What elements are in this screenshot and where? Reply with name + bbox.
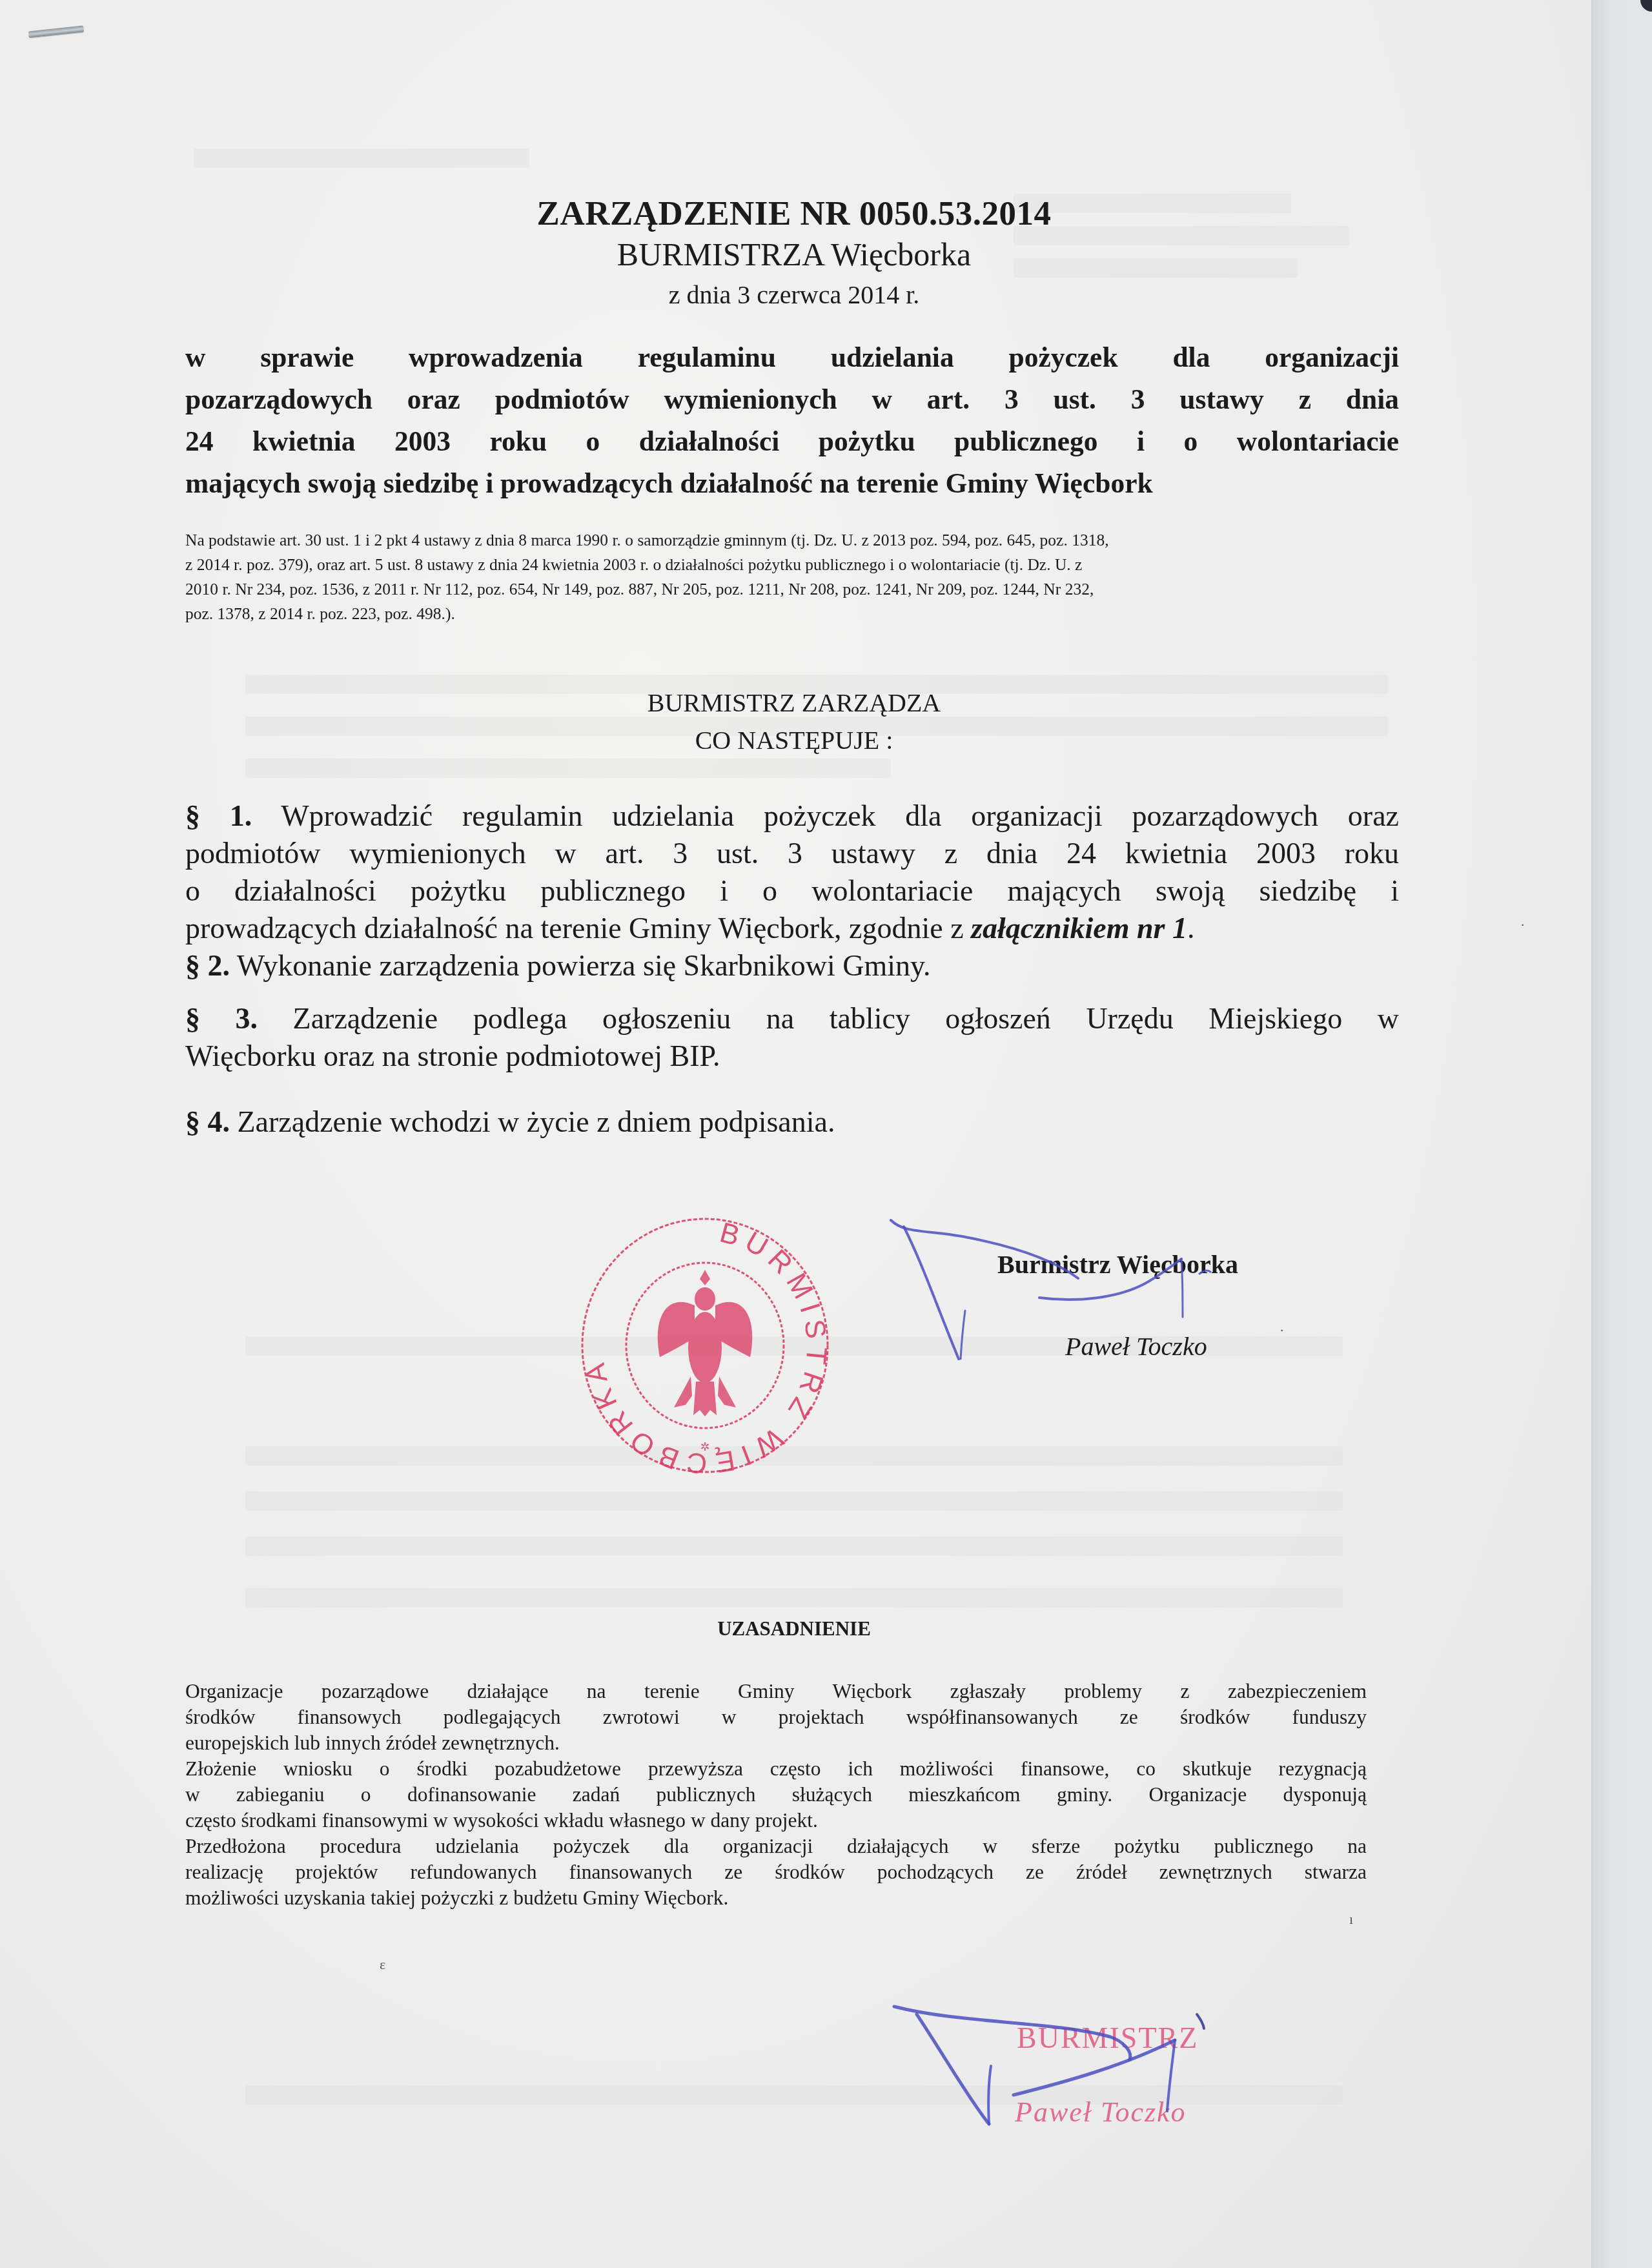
- justification-line: Złożenie wniosku o środki pozabudżetowe …: [185, 1756, 1367, 1782]
- section-number: § 3.: [185, 1002, 258, 1035]
- staple-mark: [28, 26, 85, 38]
- page-edge-shadow: [1591, 0, 1652, 2268]
- legal-basis-line: z 2014 r. poz. 379), oraz art. 5 ust. 8 …: [185, 553, 1399, 577]
- justification-line: europejskich lub innych źródeł zewnętrzn…: [185, 1730, 1367, 1756]
- legal-basis-line: 2010 r. Nr 234, poz. 1536, z 2011 r. Nr …: [185, 577, 1399, 602]
- section-text: o działalności pożytku publicznego i o w…: [185, 872, 1399, 910]
- scan-speck: ɛ: [380, 1956, 385, 1973]
- bleed-through-text: [245, 1537, 1343, 1556]
- bleed-through-text: [245, 1491, 1343, 1511]
- order-heading-line: BURMISTRZ ZARZĄDZA: [452, 684, 1136, 722]
- section-number: § 2.: [185, 949, 230, 982]
- document-title: ZARZĄDZENIE NR 0050.53.2014: [452, 194, 1136, 234]
- scan-speck: ·: [1280, 1322, 1284, 1339]
- legal-basis: Na podstawie art. 30 ust. 1 i 2 pkt 4 us…: [185, 528, 1399, 626]
- legal-basis-line: Na podstawie art. 30 ust. 1 i 2 pkt 4 us…: [185, 528, 1399, 553]
- section-text: Zarządzenie podlega ogłoszeniu na tablic…: [258, 1002, 1399, 1035]
- section-text: podmiotów wymienionych w art. 3 ust. 3 u…: [185, 835, 1399, 872]
- official-round-stamp: BURMISTRZ WIĘCBORKA ✲: [576, 1209, 834, 1480]
- scanned-page: ZARZĄDZENIE NR 0050.53.2014 BURMISTRZA W…: [0, 0, 1598, 2268]
- subject-line: mających swoją siedzibę i prowadzących d…: [185, 463, 1399, 505]
- punctuation: .: [1187, 912, 1195, 945]
- scanner-corner: [1640, 0, 1652, 12]
- legal-basis-line: poz. 1378, z 2014 r. poz. 223, poz. 498.…: [185, 602, 1399, 626]
- section-number: § 4.: [185, 1105, 230, 1138]
- justification-line: często środkami finansowymi w wysokości …: [185, 1808, 1367, 1834]
- justification-line: realizację projektów refundowanych finan…: [185, 1859, 1367, 1885]
- bleed-through-text: [245, 759, 891, 778]
- signer-name: Paweł Toczko: [1065, 1331, 1207, 1362]
- section-text: Zarządzenie wchodzi w życie z dniem podp…: [230, 1105, 835, 1138]
- bleed-through-text: [245, 1588, 1343, 1608]
- subject-line: pozarządowych oraz podmiotów wymienionyc…: [185, 379, 1399, 421]
- justification-line: możliwości uzyskania takiej pożyczki z b…: [185, 1885, 1367, 1911]
- attachment-reference: załącznikiem nr 1: [971, 912, 1187, 945]
- section-number: § 1.: [185, 799, 252, 832]
- name-stamp: BURMISTRZ Paweł Toczko: [1001, 1988, 1362, 2156]
- justification-body: Organizacje pozarządowe działające na te…: [185, 1679, 1367, 1911]
- svg-text:✲: ✲: [700, 1440, 709, 1453]
- section-text: Wprowadzić regulamin udzielania pożyczek…: [252, 799, 1399, 832]
- section-2: § 2. Wykonanie zarządzenia powierza się …: [185, 947, 1399, 985]
- bleed-through-text: [194, 148, 529, 168]
- section-text: prowadzących działalność na terenie Gmin…: [185, 912, 971, 945]
- justification-line: w zabieganiu o dofinansowanie zadań publ…: [185, 1782, 1367, 1808]
- sections: § 1. Wprowadzić regulamin udzielania poż…: [185, 797, 1399, 1141]
- order-heading-line: CO NASTĘPUJE :: [452, 722, 1136, 759]
- section-1: § 1. Wprowadzić regulamin udzielania poż…: [185, 797, 1399, 947]
- eagle-emblem-icon: [658, 1270, 752, 1416]
- section-text: Więcborku oraz na stronie podmiotowej BI…: [185, 1037, 1399, 1075]
- order-heading: BURMISTRZ ZARZĄDZA CO NASTĘPUJE :: [452, 684, 1136, 759]
- document-subject: w sprawie wprowadzenia regulaminu udziel…: [185, 337, 1399, 505]
- subject-line: w sprawie wprowadzenia regulaminu udziel…: [185, 337, 1399, 379]
- justification-line: Przedłożona procedura udzielania pożycze…: [185, 1834, 1367, 1859]
- subject-line: 24 kwietnia 2003 roku o działalności poż…: [185, 421, 1399, 463]
- section-3: § 3. Zarządzenie podlega ogłoszeniu na t…: [185, 1000, 1399, 1075]
- stamp-title: BURMISTRZ: [1017, 2021, 1198, 2055]
- scan-speck: ı: [1349, 1911, 1353, 1928]
- justification-line: Organizacje pozarządowe działające na te…: [185, 1679, 1367, 1704]
- justification-heading: UZASADNIENIE: [452, 1616, 1136, 1642]
- signer-title: Burmistrz Więcborka: [997, 1249, 1238, 1280]
- document-date: z dnia 3 czerwca 2014 r.: [452, 279, 1136, 311]
- section-4: § 4. Zarządzenie wchodzi w życie z dniem…: [185, 1103, 1399, 1141]
- stamp-name: Paweł Toczko: [1015, 2096, 1187, 2129]
- scan-speck: ·: [1520, 917, 1525, 934]
- document-issuer: BURMISTRZA Więcborka: [452, 235, 1136, 274]
- section-text: Wykonanie zarządzenia powierza się Skarb…: [230, 949, 931, 982]
- justification-line: środków finansowych podlegających zwroto…: [185, 1704, 1367, 1730]
